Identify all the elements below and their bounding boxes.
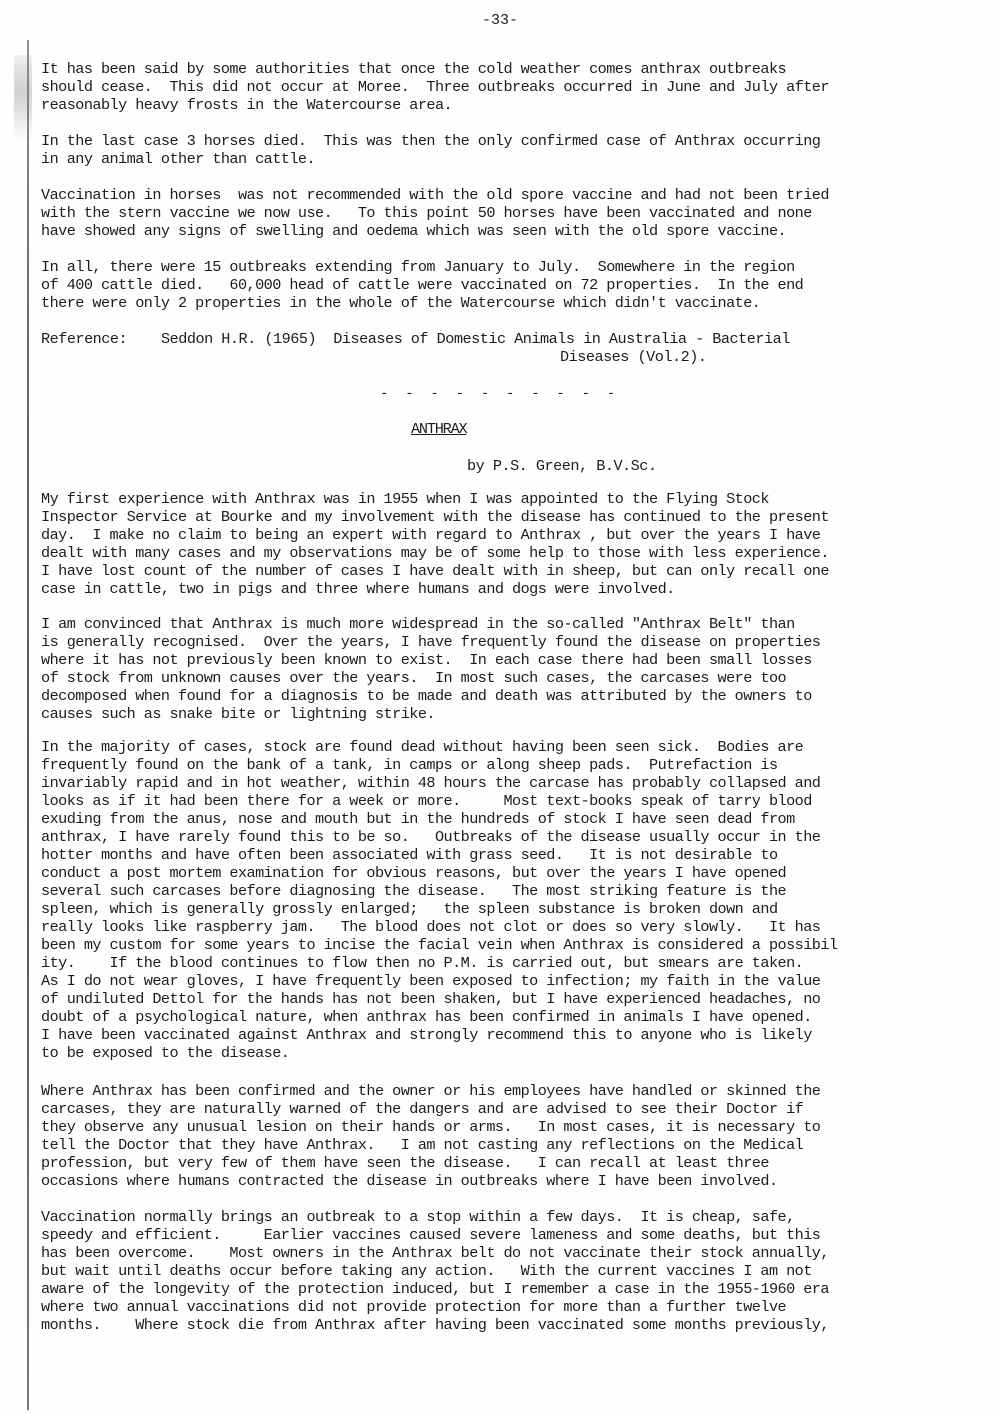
- text-line: Where Anthrax has been confirmed and the…: [41, 1082, 820, 1100]
- reference-label: Reference:: [41, 330, 127, 348]
- text-line: In the majority of cases, stock are foun…: [41, 738, 803, 756]
- text-line: there were only 2 properties in the whol…: [41, 294, 760, 312]
- text-line: of stock from unknown causes over the ye…: [41, 669, 786, 687]
- text-line: My first experience with Anthrax was in …: [41, 490, 769, 508]
- text-line: In the last case 3 horses died. This was…: [41, 132, 820, 150]
- text-line: several such carcases before diagnosing …: [41, 882, 786, 900]
- text-line: Vaccination in horses was not recommende…: [41, 186, 829, 204]
- text-line: spleen, which is generally grossly enlar…: [41, 900, 778, 918]
- text-line: exuding from the anus, nose and mouth bu…: [41, 810, 795, 828]
- text-line: where it has not previously been known t…: [41, 651, 812, 669]
- text-line: is generally recognised. Over the years,…: [41, 633, 820, 651]
- text-line: speedy and efficient. Earlier vaccines c…: [41, 1226, 820, 1244]
- text-line: conduct a post mortem examination for ob…: [41, 864, 786, 882]
- scan-speckle: [14, 55, 32, 175]
- text-line: frequently found on the bank of a tank, …: [41, 756, 778, 774]
- text-line: Inspector Service at Bourke and my invol…: [41, 508, 829, 526]
- text-line: I am convinced that Anthrax is much more…: [41, 615, 795, 633]
- text-line: of undiluted Dettol for the hands has no…: [41, 990, 820, 1008]
- text-line: profession, but very few of them have se…: [41, 1154, 769, 1172]
- text-line: has been overcome. Most owners in the An…: [41, 1244, 829, 1262]
- article-byline: by P.S. Green, B.V.Sc.: [467, 457, 657, 475]
- text-line: in any animal other than cattle.: [41, 150, 315, 168]
- reference-text: Seddon H.R. (1965) Diseases of Domestic …: [161, 330, 790, 348]
- text-line: tell the Doctor that they have Anthrax. …: [41, 1136, 803, 1154]
- text-line: have showed any signs of swelling and oe…: [41, 222, 786, 240]
- section-separator: - - - - - - - - - -: [380, 386, 619, 402]
- text-line: invariably rapid and in hot weather, wit…: [41, 774, 820, 792]
- text-line: As I do not wear gloves, I have frequent…: [41, 972, 820, 990]
- text-line: where two annual vaccinations did not pr…: [41, 1298, 786, 1316]
- page-number: -33-: [0, 12, 1000, 29]
- text-line: ity. If the blood continues to flow then…: [41, 954, 803, 972]
- text-line: reasonably heavy frosts in the Watercour…: [41, 96, 452, 114]
- text-line: I have lost count of the number of cases…: [41, 562, 829, 580]
- text-line: anthrax, I have rarely found this to be …: [41, 828, 820, 846]
- text-line: occasions where humans contracted the di…: [41, 1172, 778, 1190]
- text-line: months. Where stock die from Anthrax aft…: [41, 1316, 829, 1334]
- text-line: really looks like raspberry jam. The blo…: [41, 918, 820, 936]
- text-line: to be exposed to the disease.: [41, 1044, 289, 1062]
- text-line: decomposed when found for a diagnosis to…: [41, 687, 812, 705]
- text-line: aware of the longevity of the protection…: [41, 1280, 829, 1298]
- text-line: doubt of a psychological nature, when an…: [41, 1008, 812, 1026]
- text-line: they observe any unusual lesion on their…: [41, 1118, 820, 1136]
- text-line: of 400 cattle died. 60,000 head of cattl…: [41, 276, 803, 294]
- text-line: I have been vaccinated against Anthrax a…: [41, 1026, 812, 1044]
- text-line: carcases, they are naturally warned of t…: [41, 1100, 803, 1118]
- text-line: day. I make no claim to being an expert …: [41, 526, 820, 544]
- text-line: causes such as snake bite or lightning s…: [41, 705, 435, 723]
- text-line: been my custom for some years to incise …: [41, 936, 837, 954]
- article-title: ANTHRAX: [411, 420, 466, 438]
- text-line: but wait until deaths occur before takin…: [41, 1262, 812, 1280]
- text-line: hotter months and have often been associ…: [41, 846, 778, 864]
- binding-edge: [27, 40, 29, 1410]
- text-line: looks as if it had been there for a week…: [41, 792, 812, 810]
- text-line: case in cattle, two in pigs and three wh…: [41, 580, 675, 598]
- text-line: In all, there were 15 outbreaks extendin…: [41, 258, 795, 276]
- reference-continuation: Diseases (Vol.2).: [560, 348, 706, 366]
- text-line: with the stern vaccine we now use. To th…: [41, 204, 812, 222]
- text-line: It has been said by some authorities tha…: [41, 60, 786, 78]
- document-page: -33- It has been said by some authoritie…: [0, 0, 1000, 1414]
- text-line: Vaccination normally brings an outbreak …: [41, 1208, 795, 1226]
- text-line: should cease. This did not occur at More…: [41, 78, 829, 96]
- text-line: dealt with many cases and my observation…: [41, 544, 829, 562]
